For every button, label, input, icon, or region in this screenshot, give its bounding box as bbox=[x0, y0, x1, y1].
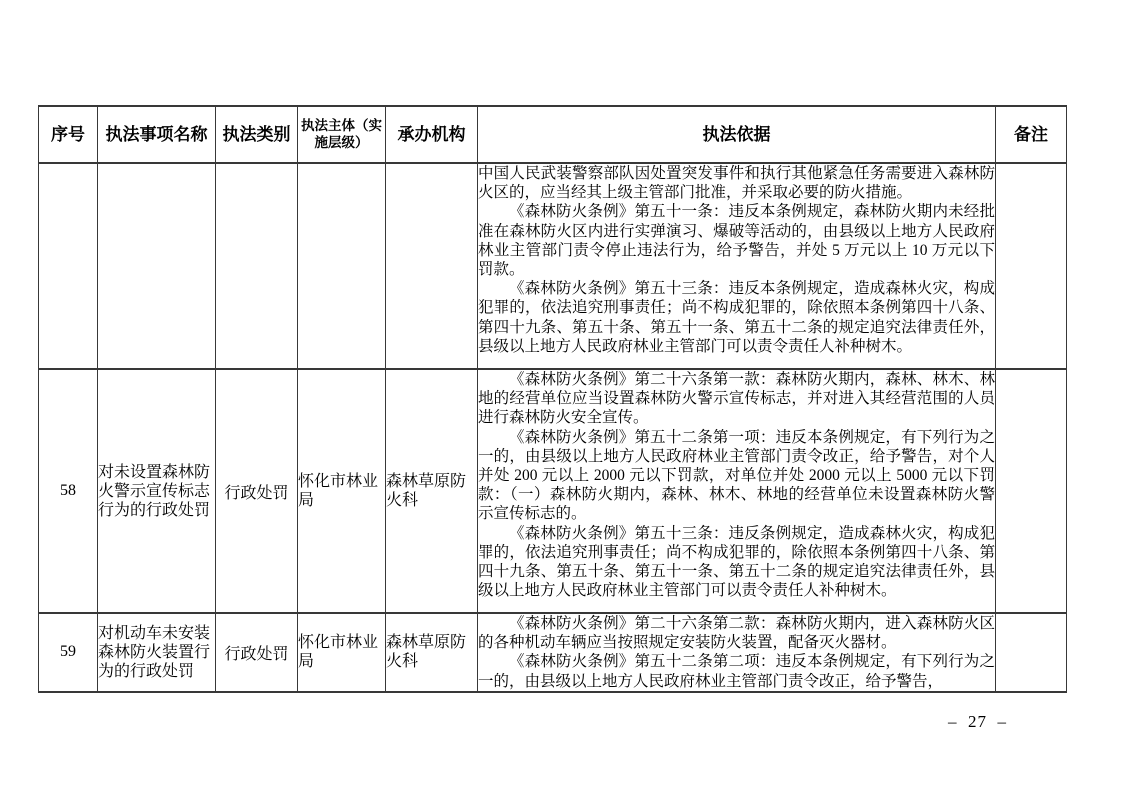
col-header-index: 序号 bbox=[39, 106, 98, 163]
cell-subject: 怀化市林业局 bbox=[298, 369, 386, 613]
col-header-subject: 执法主体（实施层级） bbox=[298, 106, 386, 163]
cell-category: 行政处罚 bbox=[216, 369, 298, 613]
cell-index: 59 bbox=[39, 613, 98, 692]
cell-agency: 森林草原防火科 bbox=[386, 613, 478, 692]
col-header-agency: 承办机构 bbox=[386, 106, 478, 163]
cell-category: 行政处罚 bbox=[216, 613, 298, 692]
cell-remark bbox=[996, 613, 1067, 692]
page-number: – 27 – bbox=[948, 712, 1007, 732]
cell-remark bbox=[996, 163, 1067, 369]
col-header-item-name: 执法事项名称 bbox=[98, 106, 216, 163]
table-header-row: 序号 执法事项名称 执法类别 执法主体（实施层级） 承办机构 执法依据 备注 bbox=[39, 106, 1067, 163]
cell-agency bbox=[386, 163, 478, 369]
document-page: 序号 执法事项名称 执法类别 执法主体（实施层级） 承办机构 执法依据 备注 中… bbox=[0, 0, 1122, 793]
cell-index bbox=[39, 163, 98, 369]
enforcement-table: 序号 执法事项名称 执法类别 执法主体（实施层级） 承办机构 执法依据 备注 中… bbox=[38, 105, 1067, 693]
legal-basis-paragraph: 《森林防火条例》第五十三条：违反本条例规定，造成森林火灾，构成犯罪的，依法追究刑… bbox=[478, 279, 995, 356]
col-header-remark: 备注 bbox=[996, 106, 1067, 163]
cell-remark bbox=[996, 369, 1067, 613]
col-header-category: 执法类别 bbox=[216, 106, 298, 163]
cell-category bbox=[216, 163, 298, 369]
table-row-57-continuation: 中国人民武装警察部队因处置突发事件和执行其他紧急任务需要进入森林防火区的，应当经… bbox=[39, 163, 1067, 369]
cell-index: 58 bbox=[39, 369, 98, 613]
table-row-59: 59 对机动车未安装森林防火装置行为的行政处罚 行政处罚 怀化市林业局 森林草原… bbox=[39, 613, 1067, 692]
cell-legal-basis: 《森林防火条例》第二十六条第一款：森林防火期内，森林、林木、林地的经营单位应当设… bbox=[478, 369, 996, 613]
cell-agency: 森林草原防火科 bbox=[386, 369, 478, 613]
cell-subject: 怀化市林业局 bbox=[298, 613, 386, 692]
legal-basis-paragraph: 《森林防火条例》第五十一条：违反本条例规定，森林防火期内未经批准在森林防火区内进… bbox=[478, 202, 995, 279]
legal-basis-paragraph: 《森林防火条例》第五十二条第一项：违反本条例规定，有下列行为之一的，由县级以上地… bbox=[478, 428, 995, 524]
col-header-basis: 执法依据 bbox=[478, 106, 996, 163]
legal-basis-paragraph: 《森林防火条例》第五十三条：违反条例规定，造成森林火灾，构成犯罪的，依法追究刑事… bbox=[478, 524, 995, 601]
cell-legal-basis: 《森林防火条例》第二十六条第二款：森林防火期内，进入森林防火区的各种机动车辆应当… bbox=[478, 613, 996, 692]
legal-basis-paragraph: 《森林防火条例》第二十六条第一款：森林防火期内，森林、林木、林地的经营单位应当设… bbox=[478, 370, 995, 428]
cell-item-name bbox=[98, 163, 216, 369]
table-row-58: 58 对未设置森林防火警示宣传标志行为的行政处罚 行政处罚 怀化市林业局 森林草… bbox=[39, 369, 1067, 613]
cell-item-name: 对未设置森林防火警示宣传标志行为的行政处罚 bbox=[98, 369, 216, 613]
cell-legal-basis: 中国人民武装警察部队因处置突发事件和执行其他紧急任务需要进入森林防火区的，应当经… bbox=[478, 163, 996, 369]
cell-item-name: 对机动车未安装森林防火装置行为的行政处罚 bbox=[98, 613, 216, 692]
legal-basis-paragraph: 《森林防火条例》第五十二条第二项：违反本条例规定，有下列行为之一的，由县级以上地… bbox=[478, 652, 995, 690]
legal-basis-paragraph: 《森林防火条例》第二十六条第二款：森林防火期内，进入森林防火区的各种机动车辆应当… bbox=[478, 614, 995, 652]
cell-subject bbox=[298, 163, 386, 369]
legal-basis-paragraph: 中国人民武装警察部队因处置突发事件和执行其他紧急任务需要进入森林防火区的，应当经… bbox=[478, 164, 995, 202]
